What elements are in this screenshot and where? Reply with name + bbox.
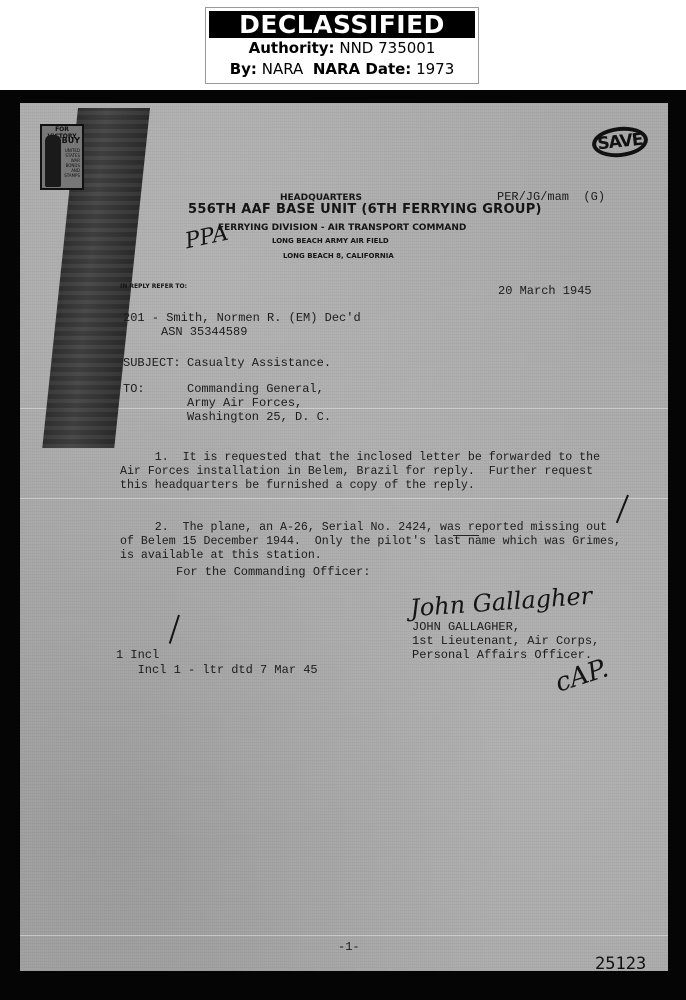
- stamp-title: DECLASSIFIED: [209, 11, 475, 38]
- letterhead-division: FERRYING DIVISION - AIR TRANSPORT COMMAN…: [218, 223, 466, 233]
- letter-date: 20 March 1945: [498, 284, 592, 298]
- save-logo-icon: SAVE: [591, 124, 650, 160]
- signature-block: JOHN GALLAGHER, 1st Lieutenant, Air Corp…: [412, 620, 599, 662]
- handwritten-note-ppa: PPA: [183, 221, 231, 254]
- stamp-authority: Authority: NND 735001: [206, 38, 478, 59]
- poster-buy-text: BUY: [62, 136, 80, 145]
- stamp-authority-value: NND 735001: [339, 39, 435, 57]
- page-number: -1-: [338, 940, 360, 954]
- paragraph-2: 2. The plane, an A-26, Serial No. 2424, …: [120, 521, 621, 563]
- stamp-date-value: 1973: [416, 60, 454, 78]
- subject-value: Casualty Assistance.: [187, 356, 331, 370]
- inclosure-note: 1 Incl Incl 1 - ltr dtd 7 Mar 45: [116, 648, 318, 678]
- letterhead-unit: 556TH AAF BASE UNIT (6TH FERRYING GROUP): [188, 202, 542, 217]
- scanned-document-frame: FOR VICTORY BUY UNITED STATES WAR BONDS …: [0, 90, 686, 1000]
- letterhead-field: LONG BEACH ARMY AIR FIELD: [272, 237, 389, 245]
- declassified-stamp: DECLASSIFIED Authority: NND 735001 By: N…: [205, 7, 479, 84]
- re-line-asn: ASN 35344589: [161, 325, 247, 339]
- reply-refer-label: IN REPLY REFER TO:: [120, 283, 187, 290]
- letterhead-city: LONG BEACH 8, CALIFORNIA: [283, 252, 394, 260]
- document-number: 25123: [595, 957, 646, 971]
- reference-code: PER/JG/mam (G): [497, 190, 605, 204]
- check-mark-icon: [169, 615, 180, 644]
- letter-page: FOR VICTORY BUY UNITED STATES WAR BONDS …: [20, 103, 668, 971]
- closing-line: For the Commanding Officer:: [176, 565, 370, 579]
- war-bonds-poster-icon: FOR VICTORY BUY UNITED STATES WAR BONDS …: [40, 124, 84, 190]
- stamp-by-date: By: NARA NARA Date: 1973: [206, 59, 478, 80]
- stamp-authority-label: Authority:: [249, 39, 335, 57]
- fold-line: [20, 498, 668, 499]
- paragraph-1: 1. It is requested that the inclosed let…: [120, 451, 600, 493]
- soldier-figure-icon: [45, 135, 61, 187]
- re-line-name: 201 - Smith, Normen R. (EM) Dec'd: [123, 311, 361, 325]
- subject-label: SUBJECT:: [123, 356, 181, 370]
- to-label: TO:: [123, 382, 145, 396]
- stamp-by-value: NARA: [262, 60, 304, 78]
- fold-line: [20, 935, 668, 936]
- serial-underline: [453, 535, 479, 536]
- poster-small-text: UNITED STATES WAR BONDS AND STAMPS: [62, 148, 80, 178]
- to-address: Commanding General, Army Air Forces, Was…: [187, 382, 331, 424]
- stamp-by-label: By:: [230, 60, 257, 78]
- stamp-date-label: NARA Date:: [313, 60, 411, 78]
- handwritten-signature: John Gallagher: [409, 582, 593, 623]
